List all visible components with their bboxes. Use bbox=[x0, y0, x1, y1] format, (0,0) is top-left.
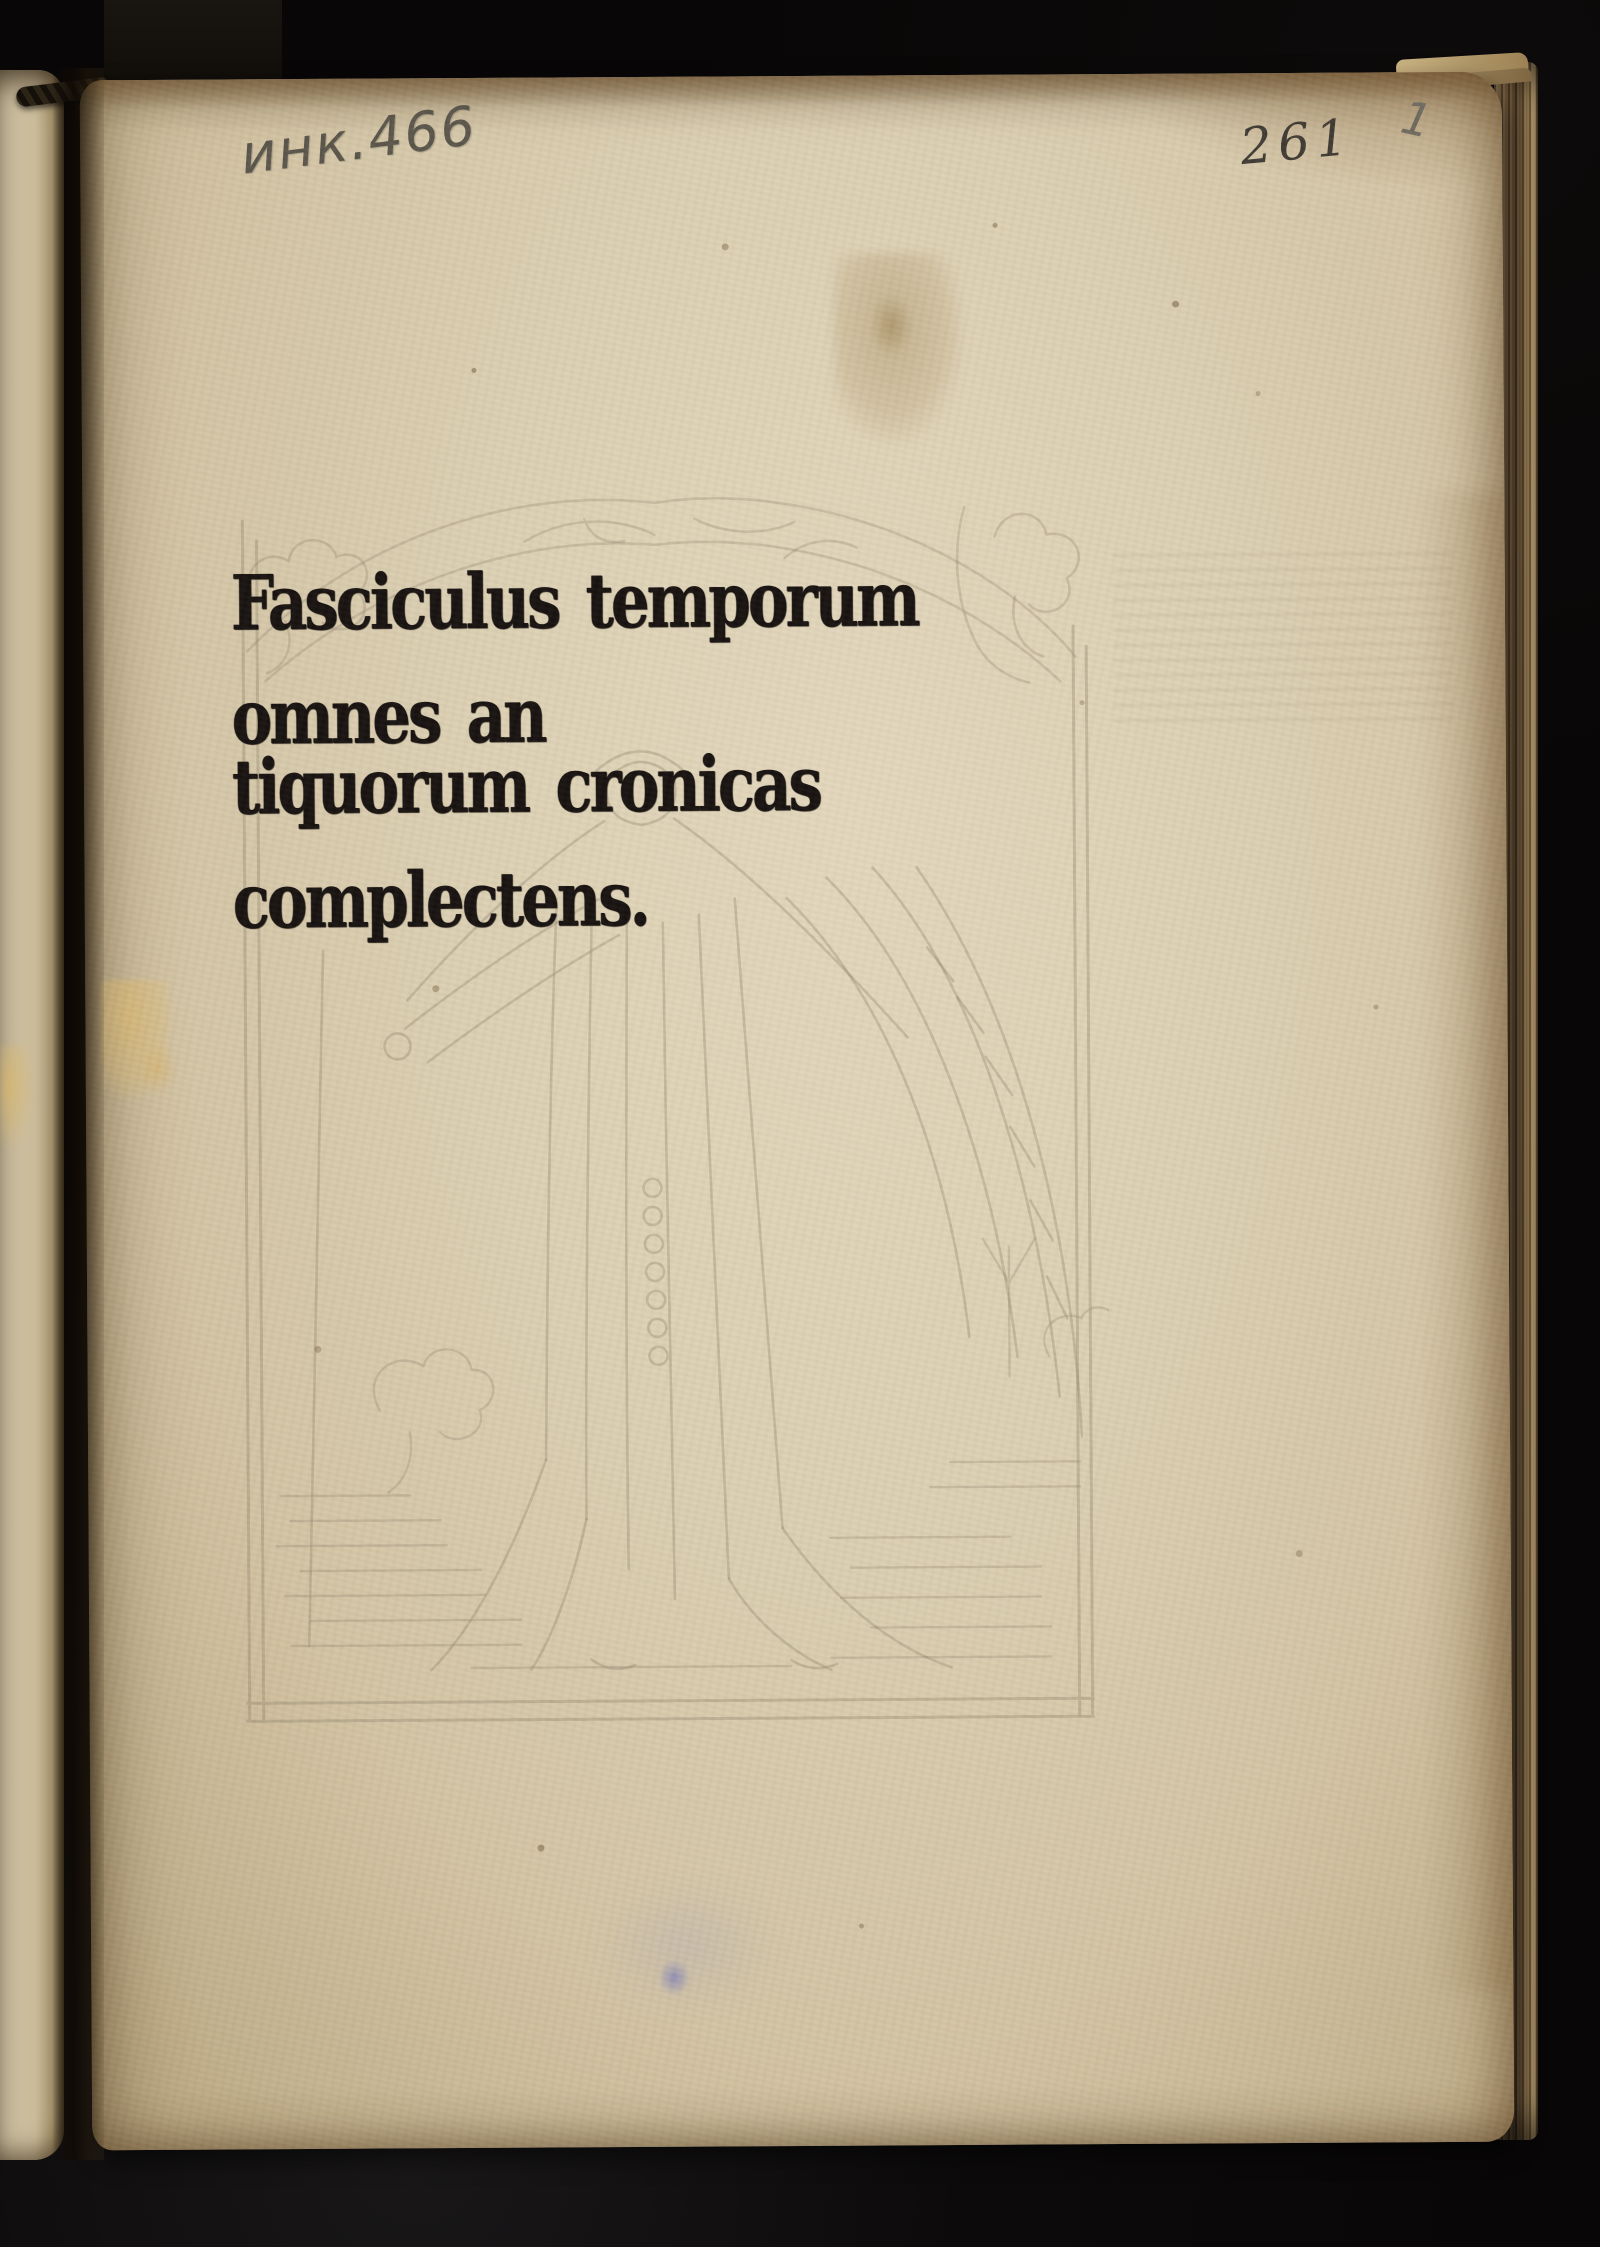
gutter-shadow bbox=[52, 68, 104, 2160]
book-page: инк.466 261 1 bbox=[80, 72, 1515, 2151]
printed-title: Fasciculus temporum omnes an tiquorum cr… bbox=[231, 542, 1133, 915]
woodcut-ground-plants bbox=[275, 1238, 1112, 1669]
text-show-through bbox=[1113, 552, 1454, 734]
wax-stain bbox=[101, 980, 172, 1098]
foxing-specks bbox=[471, 368, 476, 373]
photo-backdrop: инк.466 261 1 bbox=[0, 0, 1600, 2247]
folio-number-ink: 261 bbox=[1238, 108, 1356, 176]
blue-ink-haze bbox=[591, 1876, 782, 2017]
wax-stain bbox=[138, 1040, 178, 1098]
right-edge-browning bbox=[1412, 492, 1513, 1993]
blue-ink-smudge bbox=[659, 1961, 689, 1995]
brown-stain-core bbox=[869, 293, 913, 357]
wax-stain bbox=[0, 1045, 34, 1149]
printed-title-line2: tiquorum cronicas complectens. bbox=[232, 726, 1133, 960]
